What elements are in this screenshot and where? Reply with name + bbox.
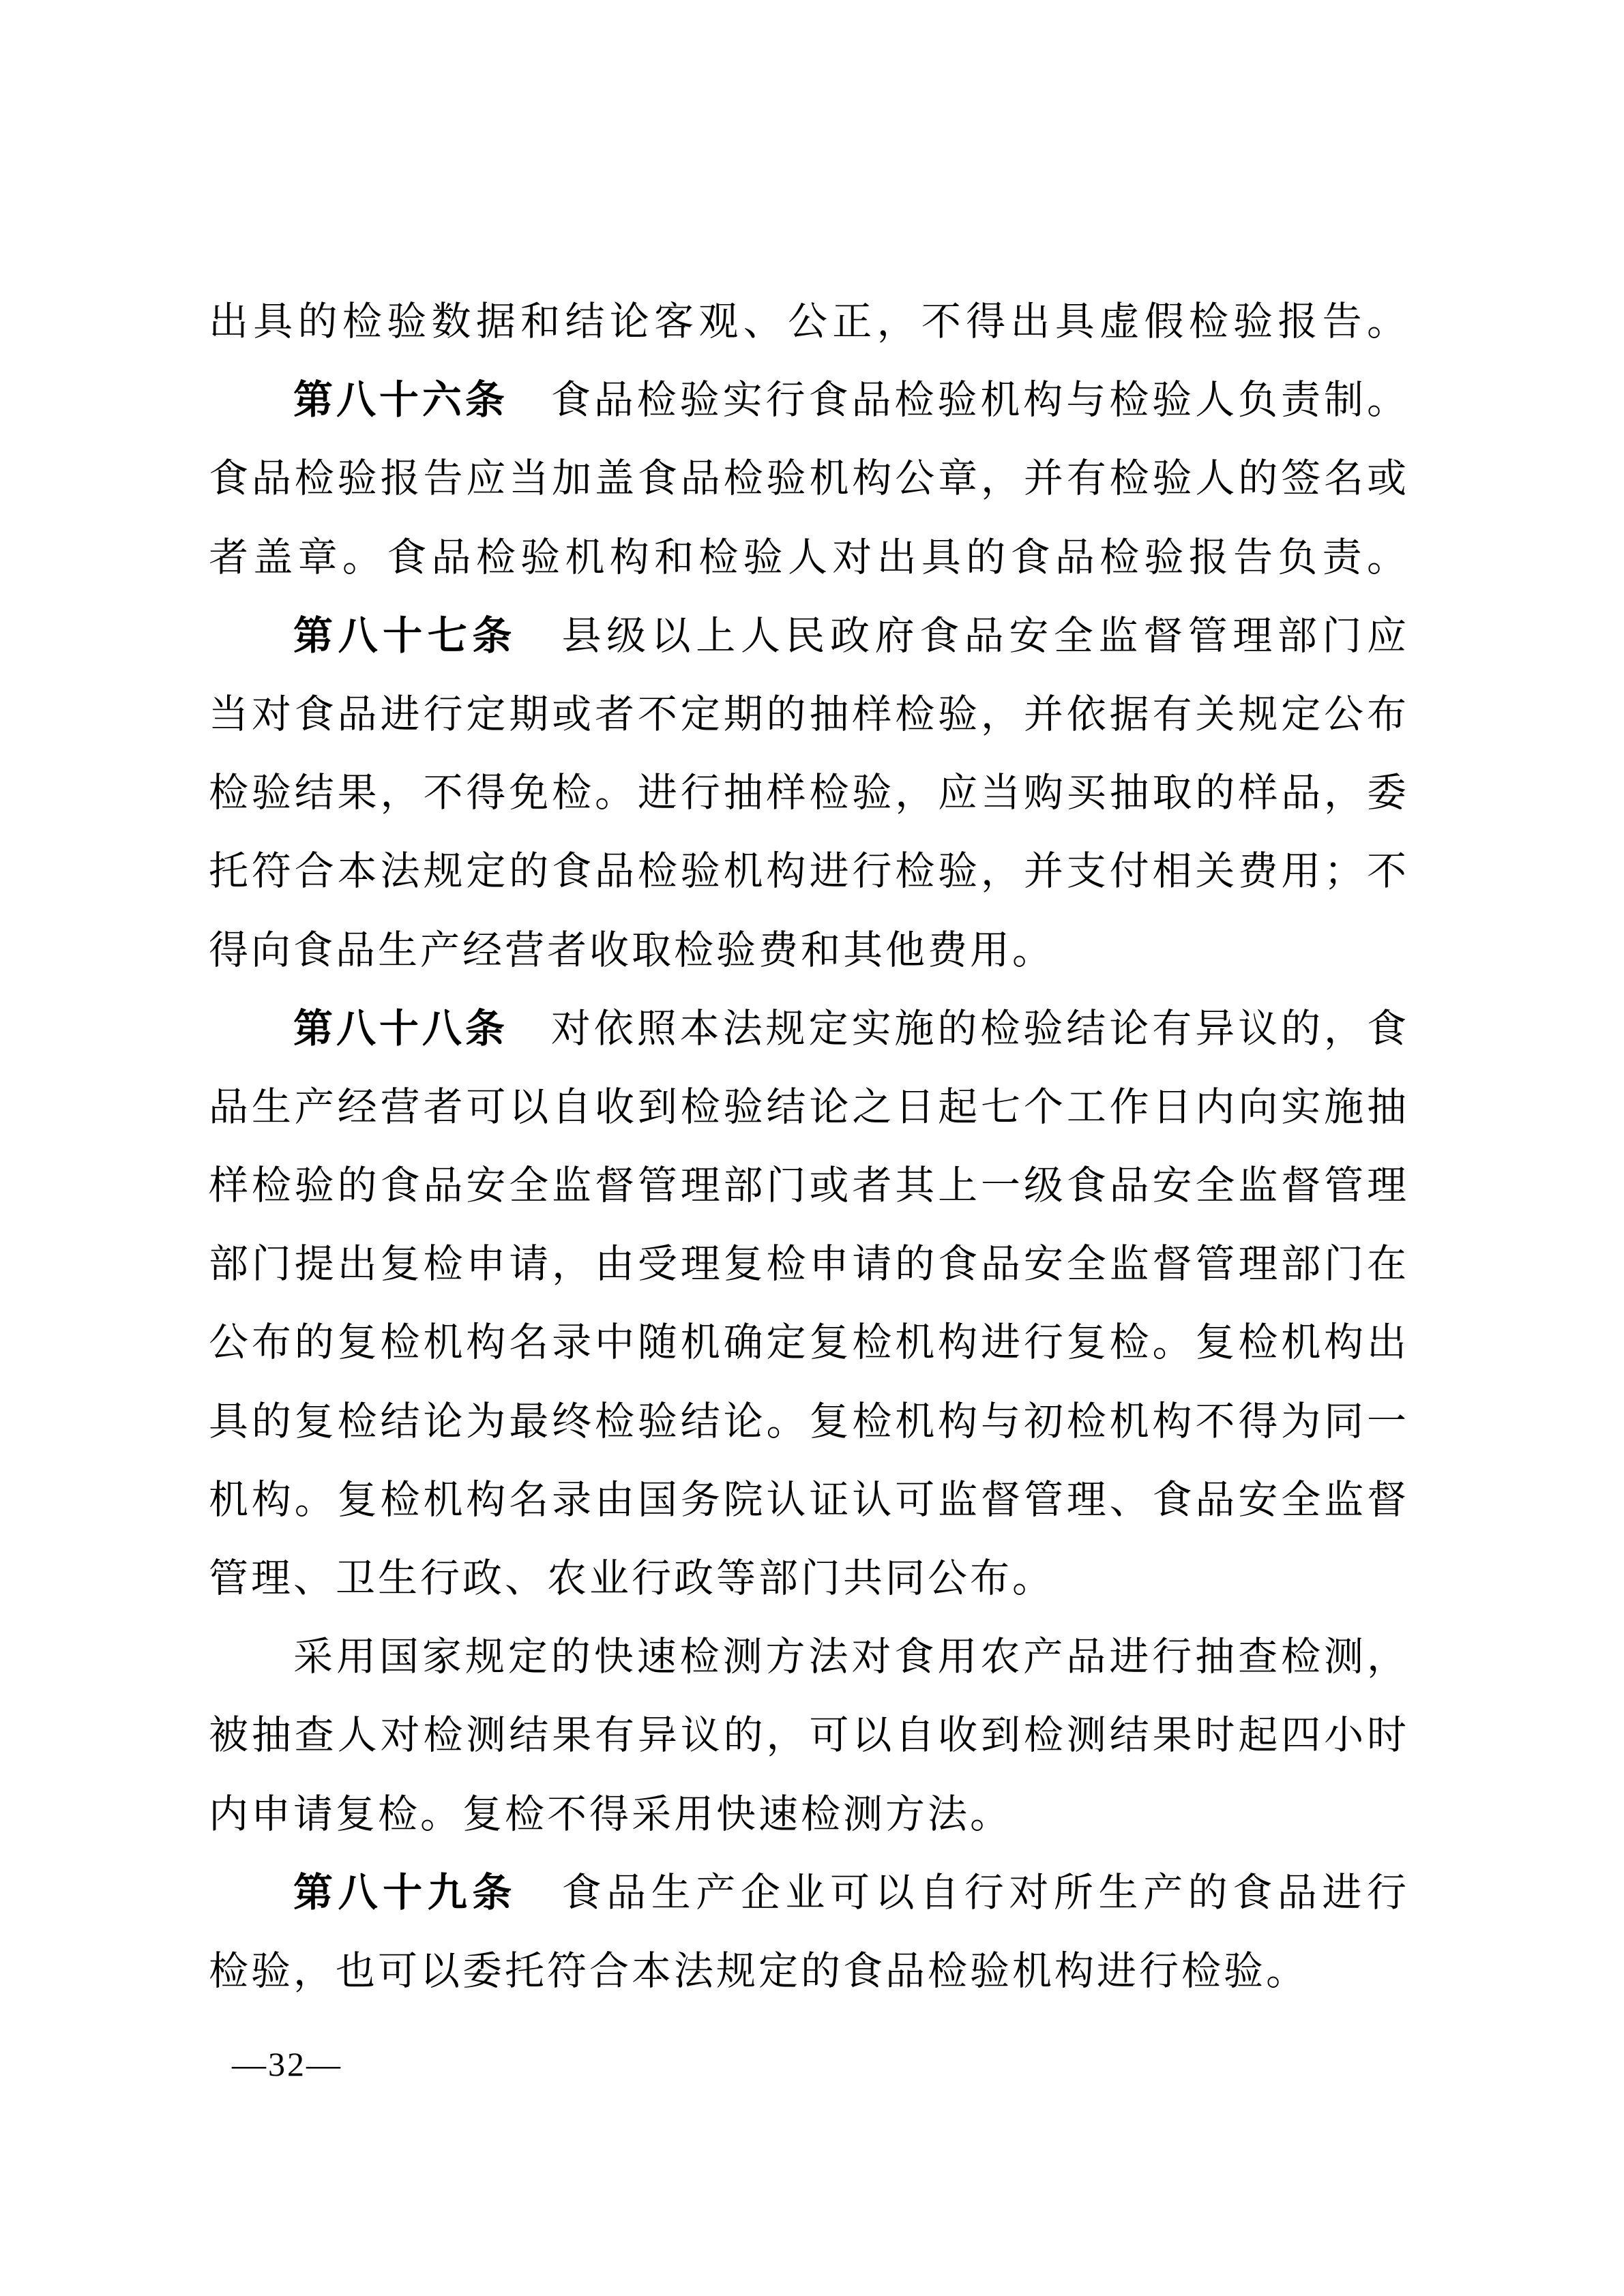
text-line: 第八十六条 食品检验实行食品检验机构与检验人负责制。: [209, 361, 1409, 439]
article-number: 第八十七条: [293, 612, 517, 659]
article-number: 第八十九条: [293, 1869, 517, 1915]
text-line: 第八十七条 县级以上人民政府食品安全监督管理部门应: [209, 597, 1409, 675]
text-line: 出具的检验数据和结论客观、公正，不得出具虚假检验报告。: [209, 282, 1409, 361]
body-text-segment: 公布的复检机构名录中随机确定复检机构进行复检。复检机构出: [209, 1320, 1409, 1365]
article-number: 第八十六条: [293, 376, 508, 423]
body-text-segment: 机构。复检机构名录由国务院认证认可监督管理、食品安全监督: [209, 1478, 1409, 1522]
body-text-segment: 当对食品进行定期或者不定期的抽样检验，并依据有关规定公布: [209, 692, 1409, 736]
text-line: 采用国家规定的快速检测方法对食用农产品进行抽查检测，: [209, 1617, 1409, 1696]
body-text-segment: 采用国家规定的快速检测方法对食用农产品进行抽查检测，: [293, 1635, 1409, 1679]
text-line: 托符合本法规定的食品检验机构进行检验，并支付相关费用；不: [209, 832, 1409, 910]
text-line: 第八十八条 对依照本法规定实施的检验结论有异议的，食: [209, 989, 1409, 1068]
body-text-segment: 县级以上人民政府食品安全监督管理部门应: [517, 614, 1409, 658]
text-line: 管理、卫生行政、农业行政等部门共同公布。: [209, 1539, 1409, 1617]
text-line: 机构。复检机构名录由国务院认证认可监督管理、食品安全监督: [209, 1461, 1409, 1539]
body-text-segment: 出具的检验数据和结论客观、公正，不得出具虚假检验报告。: [209, 299, 1409, 344]
text-line: 第八十九条 食品生产企业可以自行对所生产的食品进行: [209, 1853, 1409, 1932]
text-line: 食品检验报告应当加盖食品检验机构公章，并有检验人的签名或: [209, 439, 1409, 518]
body-text-segment: 食品检验报告应当加盖食品检验机构公章，并有检验人的签名或: [209, 456, 1409, 501]
text-line: 检验结果，不得免检。进行抽样检验，应当购买抽取的样品，委: [209, 754, 1409, 832]
article-number: 第八十八条: [293, 1005, 508, 1052]
body-text-segment: 对依照本法规定实施的检验结论有异议的，食: [508, 1007, 1409, 1051]
body-text-segment: 食品检验实行食品检验机构与检验人负责制。: [508, 378, 1409, 422]
body-text-segment: 具的复检结论为最终检验结论。复检机构与初检机构不得为同一: [209, 1399, 1409, 1444]
body-text-segment: 被抽查人对检测结果有异议的，可以自收到检测结果时起四小时: [209, 1713, 1409, 1757]
text-line: 得向食品生产经营者收取检验费和其他费用。: [209, 911, 1409, 989]
document-page: 出具的检验数据和结论客观、公正，不得出具虚假检验报告。第八十六条 食品检验实行食…: [0, 0, 1624, 2296]
text-line: 样检验的食品安全监督管理部门或者其上一级食品安全监督管理: [209, 1146, 1409, 1225]
body-text-segment: 样检验的食品安全监督管理部门或者其上一级食品安全监督管理: [209, 1163, 1409, 1208]
body-text-segment: 内申请复检。复检不得采用快速检测方法。: [209, 1792, 1012, 1836]
text-line: 部门提出复检申请，由受理复检申请的食品安全监督管理部门在: [209, 1225, 1409, 1303]
body-text-segment: 部门提出复检申请，由受理复检申请的食品安全监督管理部门在: [209, 1242, 1409, 1286]
body-text-segment: 管理、卫生行政、农业行政等部门共同公布。: [209, 1556, 1054, 1600]
body-text-segment: 者盖章。食品检验机构和检验人对出具的食品检验报告负责。: [209, 535, 1409, 580]
body-text-segment: 检验结果，不得免检。进行抽样检验，应当购买抽取的样品，委: [209, 771, 1409, 815]
text-line: 具的复检结论为最终检验结论。复检机构与初检机构不得为同一: [209, 1382, 1409, 1461]
text-line: 被抽查人对检测结果有异议的，可以自收到检测结果时起四小时: [209, 1696, 1409, 1774]
text-line: 品生产经营者可以自收到检验结论之日起七个工作日内向实施抽: [209, 1068, 1409, 1146]
text-line: 公布的复检机构名录中随机确定复检机构进行复检。复检机构出: [209, 1303, 1409, 1382]
text-line: 者盖章。食品检验机构和检验人对出具的食品检验报告负责。: [209, 518, 1409, 597]
body-text-segment: 检验，也可以委托符合本法规定的食品检验机构进行检验。: [209, 1949, 1308, 1993]
text-line: 当对食品进行定期或者不定期的抽样检验，并依据有关规定公布: [209, 675, 1409, 754]
text-line: 内申请复检。复检不得采用快速检测方法。: [209, 1775, 1409, 1853]
body-text-segment: 托符合本法规定的食品检验机构进行检验，并支付相关费用；不: [209, 849, 1409, 893]
document-body: 出具的检验数据和结论客观、公正，不得出具虚假检验报告。第八十六条 食品检验实行食…: [209, 282, 1409, 2010]
page-number: —32—: [232, 2044, 342, 2084]
body-text-segment: 食品生产企业可以自行对所生产的食品进行: [517, 1870, 1409, 1915]
text-line: 检验，也可以委托符合本法规定的食品检验机构进行检验。: [209, 1932, 1409, 2010]
body-text-segment: 得向食品生产经营者收取检验费和其他费用。: [209, 928, 1054, 972]
body-text-segment: 品生产经营者可以自收到检验结论之日起七个工作日内向实施抽: [209, 1085, 1409, 1129]
